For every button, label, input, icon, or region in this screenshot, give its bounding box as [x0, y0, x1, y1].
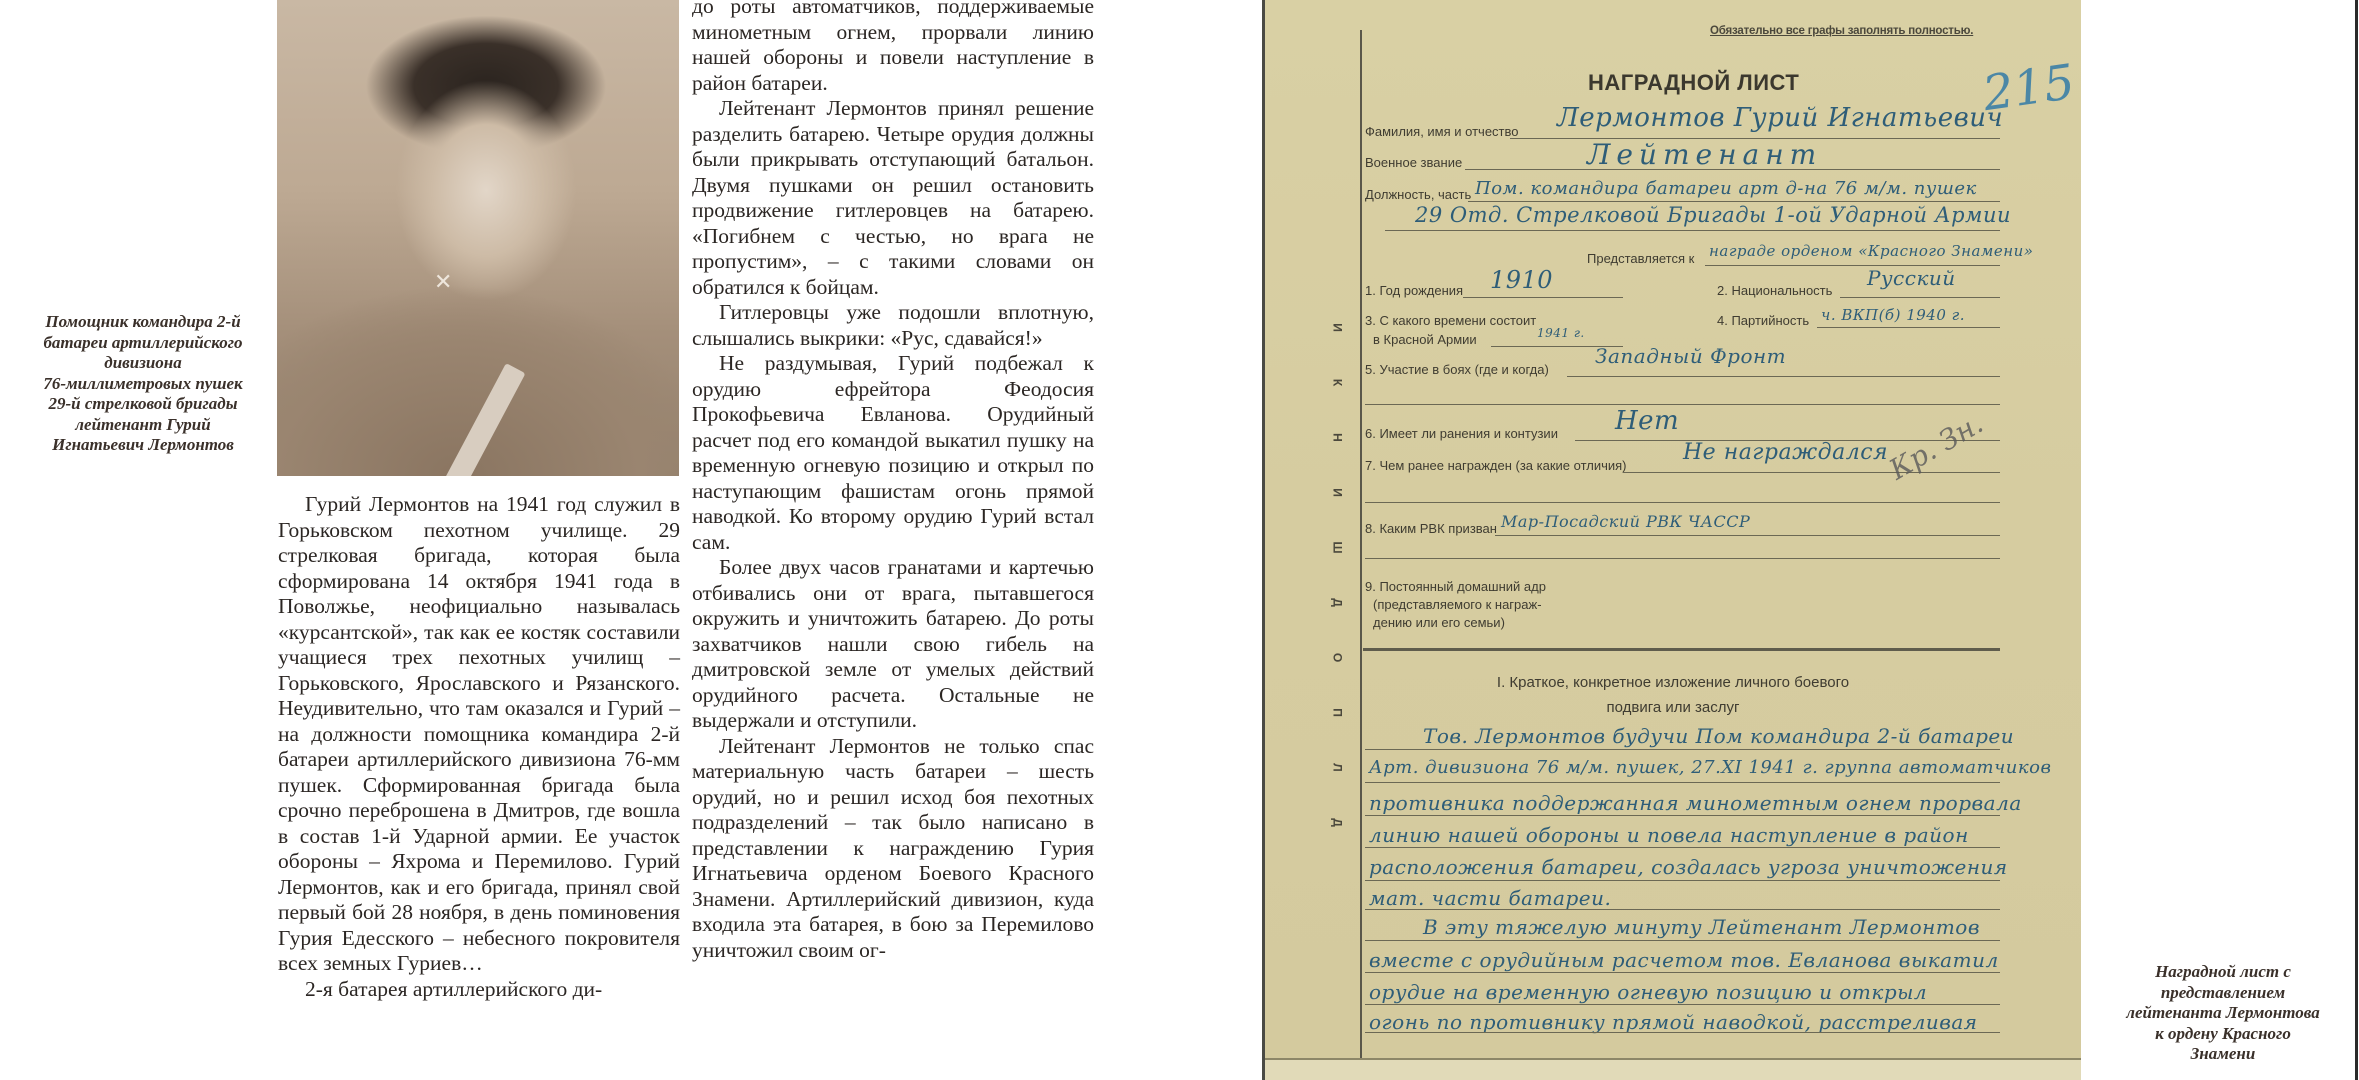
caption-line: лейтенант Гурий — [18, 415, 268, 436]
paragraph: Не раздумывая, Гурий подбежал к орудию е… — [692, 351, 1094, 555]
caption-line: лейтенанта Лермонтова — [2088, 1003, 2358, 1024]
rank-value: Лейтенант — [1587, 138, 1822, 171]
caption-line: представлением — [2088, 983, 2358, 1004]
portrait-photo: ✕ — [277, 0, 679, 476]
battles-label: 5. Участие в боях (где и когда) — [1365, 362, 1549, 377]
prior-awards-label: 7. Чем ранее награжден (за какие отличия… — [1365, 458, 1627, 473]
service-label: 3. С какого времени состоит — [1365, 313, 1536, 328]
field-rule — [1623, 472, 2000, 473]
caption-line: 29-й стрелковой бригады — [18, 394, 268, 415]
field-rule — [1463, 297, 1623, 298]
caption-line: 76-миллиметровых пушек — [18, 374, 268, 395]
service-value: 1941 г. — [1537, 326, 1585, 340]
paragraph: до роты автоматчиков, поддерживаемые мин… — [692, 0, 1094, 96]
paragraph: Более двух часов гранатами и картечью от… — [692, 555, 1094, 734]
position-label: Должность, часть — [1365, 187, 1471, 202]
paragraph: Лейтенант Лермонтов принял решение разде… — [692, 96, 1094, 300]
field-rule — [1365, 558, 2000, 559]
artillery-insignia-icon: ✕ — [434, 270, 452, 295]
service-label-2: в Красной Армии — [1373, 332, 1477, 347]
address-label-3: дению или его семьи) — [1373, 615, 1505, 630]
nationality-value: Русский — [1867, 266, 1956, 290]
signature-mark: Кр. Зн. — [1884, 407, 1989, 487]
sheet-title: НАГРАДНОЙ ЛИСТ — [1588, 70, 1799, 96]
field-rule — [1365, 502, 2000, 503]
field-rule — [1840, 297, 2000, 298]
photo-caption: Помощник командира 2-й батареи артиллери… — [18, 312, 268, 456]
wounds-label: 6. Имеет ли ранения и контузии — [1365, 426, 1558, 441]
section-divider — [1363, 648, 2000, 651]
rank-label: Военное звание — [1365, 155, 1462, 170]
paragraph: 2-я батарея артиллерийского ди- — [278, 977, 680, 1003]
name-value: Лермонтов Гурий Игнатьевич — [1557, 103, 2003, 133]
position-value-2: 29 Отд. Стрелковой Бригады 1-ой Ударной … — [1415, 203, 2011, 227]
field-rule — [1567, 376, 2000, 377]
section-title: I. Краткое, конкретное изложение личного… — [1265, 674, 2081, 691]
caption-line: дивизиона — [18, 353, 268, 374]
nationality-label: 2. Национальность — [1717, 283, 1832, 298]
caption-line: к ордену Красного — [2088, 1024, 2358, 1045]
rvk-label: 8. Каким РВК призван — [1365, 521, 1497, 536]
rvk-value: Мар-Посадский РВК ЧАССР — [1501, 512, 1750, 531]
caption-line: Помощник командира 2-й — [18, 312, 268, 333]
paragraph: Лейтенант Лермонтов не только спас матер… — [692, 734, 1094, 964]
field-rule — [1385, 230, 2000, 231]
nominated-value: награде орденом «Красного Знамени» — [1709, 242, 2033, 260]
field-rule — [1365, 404, 2000, 405]
position-value-1: Пом. командира батареи арт д-на 76 м/м. … — [1475, 178, 1977, 199]
battles-value: Западный Фронт — [1595, 344, 1786, 368]
form-hint: Обязательно все графы заполнять полность… — [1710, 25, 1973, 37]
name-label: Фамилия, имя и отчество — [1365, 124, 1519, 139]
paragraph: Гурий Лермонтов на 1941 год служил в Гор… — [278, 492, 680, 977]
birth-year-value: 1910 — [1490, 266, 1553, 294]
party-value: ч. ВКП(б) 1940 г. — [1821, 306, 1965, 324]
article-column-1: Гурий Лермонтов на 1941 год служил в Гор… — [278, 492, 680, 1002]
caption-line: батареи артиллерийского — [18, 333, 268, 354]
caption-line: Наградной лист с — [2088, 962, 2358, 983]
section-subtitle: подвига или заслуг — [1265, 699, 2081, 716]
next-page-strip — [1265, 1058, 2081, 1080]
page-edge — [2355, 0, 2358, 1080]
caption-line: Игнатьевич Лермонтов — [18, 435, 268, 456]
birth-year-label: 1. Год рождения — [1365, 283, 1463, 298]
field-rule — [1468, 201, 2000, 202]
address-label: 9. Постоянный домашний адр — [1365, 579, 1546, 594]
prior-awards-value: Не награждался — [1683, 440, 1888, 465]
article-column-2: до роты автоматчиков, поддерживаемые мин… — [692, 0, 1094, 963]
nominated-label: Представляется к — [1587, 251, 1694, 266]
side-cut-line-text: И К Н И Ш Д О П Л Д — [1330, 300, 1344, 850]
caption-line: Знамени — [2088, 1044, 2358, 1065]
party-label: 4. Партийность — [1717, 313, 1809, 328]
address-label-2: (представляемого к награж- — [1373, 597, 1542, 612]
document-caption: Наградной лист с представлением лейтенан… — [2088, 962, 2358, 1065]
paragraph: Гитлеровцы уже подошли вплотную, слышали… — [692, 300, 1094, 351]
award-sheet-document: И К Н И Ш Д О П Л Д Обязательно все граф… — [1262, 0, 2081, 1080]
wounds-value: Нет — [1615, 406, 1679, 436]
field-rule — [1817, 327, 2000, 328]
field-rule — [1495, 535, 2000, 536]
